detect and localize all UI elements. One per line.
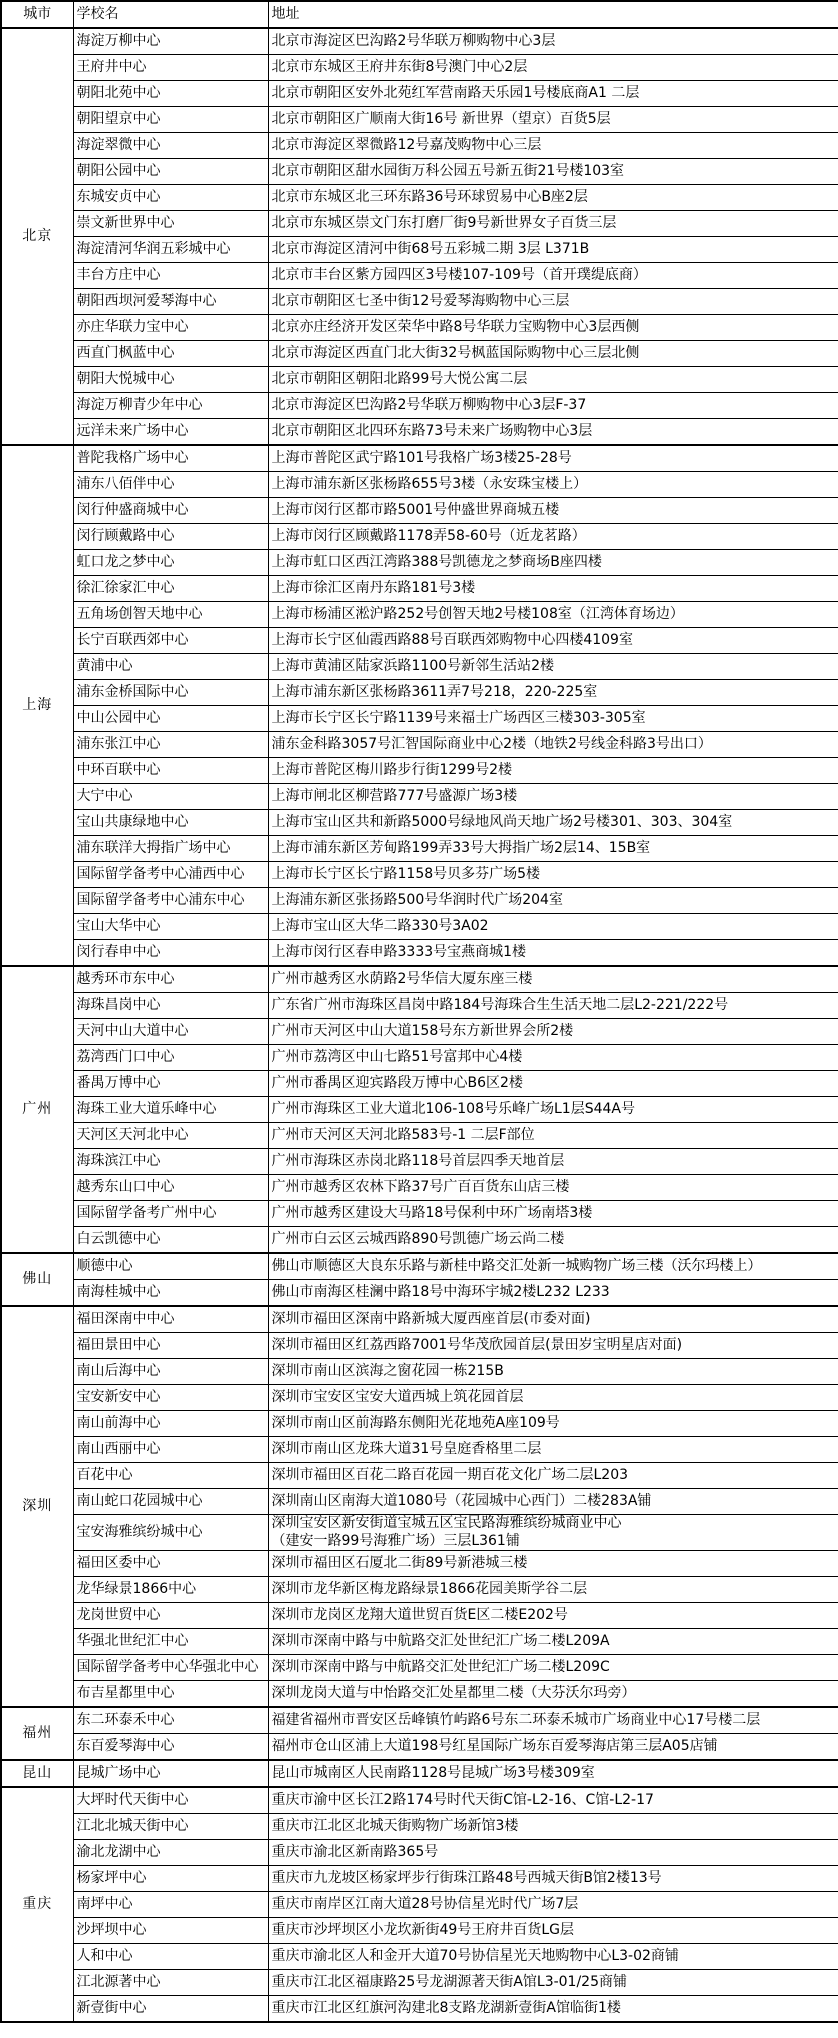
table-row: 虹口龙之梦中心上海市虹口区西江湾路388号凯德龙之梦商场B座四楼: [1, 550, 838, 576]
table-row: 天河中山大道中心广州市天河区中山大道158号东方新世界会所2楼: [1, 1019, 838, 1045]
school-address-cell: 重庆市南岸区江南大道28号协信星光时代广场7层: [268, 1892, 838, 1918]
school-name-cell: 海淀万柳中心: [73, 28, 268, 55]
school-address-cell: 广州市海珠区工业大道北106-108号乐峰广场L1层S44A号: [268, 1097, 838, 1123]
school-address-cell: 深圳市龙岗区龙翔大道世贸百货E区二楼E202号: [268, 1603, 838, 1629]
school-address-cell: 深圳宝安区新安街道宝城五区宝民路海雅缤纷城商业中心 （建安一路99号海雅广场）三…: [268, 1515, 838, 1551]
school-name-cell: 昆城广场中心: [73, 1760, 268, 1787]
city-cell: 北京: [1, 28, 73, 445]
table-row: 国际留学备考广州中心广州市越秀区建设大马路18号保利中环广场南塔3楼: [1, 1201, 838, 1227]
school-address-cell: 广州市白云区云城西路890号凯德广场云尚二楼: [268, 1227, 838, 1254]
school-name-cell: 浦东张江中心: [73, 732, 268, 758]
table-row: 海淀万柳青少年中心北京市海淀区巴沟路2号华联万柳购物中心3层F-37: [1, 393, 838, 419]
school-address-cell: 北京市海淀区巴沟路2号华联万柳购物中心3层F-37: [268, 393, 838, 419]
school-address-cell: 广州市天河区天河北路583号-1 二层F部位: [268, 1123, 838, 1149]
school-name-cell: 浦东金桥国际中心: [73, 680, 268, 706]
school-name-cell: 长宁百联西郊中心: [73, 628, 268, 654]
table-row: 广州越秀环市东中心广州市越秀区水荫路2号华信大厦东座三楼: [1, 966, 838, 993]
table-row: 沙坪坝中心重庆市沙坪坝区小龙坎新街49号王府井百货LG层: [1, 1918, 838, 1944]
school-name-cell: 南山后海中心: [73, 1359, 268, 1385]
school-address-cell: 深圳市福田区红荔西路7001号华茂欣园首层(景田岁宝明星店对面): [268, 1333, 838, 1359]
school-name-cell: 越秀环市东中心: [73, 966, 268, 993]
school-name-cell: 亦庄华联力宝中心: [73, 315, 268, 341]
table-row: 南坪中心重庆市南岸区江南大道28号协信星光时代广场7层: [1, 1892, 838, 1918]
table-row: 华强北世纪汇中心深圳市深南中路与中航路交汇处世纪汇广场二楼L209A: [1, 1629, 838, 1655]
school-address-cell: 深圳市福田区石厦北二街89号新港城三楼: [268, 1551, 838, 1577]
school-name-cell: 朝阳望京中心: [73, 107, 268, 133]
school-name-cell: 天河区天河北中心: [73, 1123, 268, 1149]
table-row: 重庆大坪时代天街中心重庆市渝中区长江2路174号时代天街C馆-L2-16、C馆-…: [1, 1787, 838, 1814]
school-address-cell: 上海市普陀区梅川路步行街1299号2楼: [268, 758, 838, 784]
school-address-cell: 北京市朝阳区七圣中街12号爱琴海购物中心三层: [268, 289, 838, 315]
school-address-cell: 北京市海淀区巴沟路2号华联万柳购物中心3层: [268, 28, 838, 55]
school-address-cell: 深圳市深南中路与中航路交汇处世纪汇广场二楼L209A: [268, 1629, 838, 1655]
school-address-cell: 上海市闵行区顾戴路1178弄58-60号（近龙茗路）: [268, 524, 838, 550]
header-school-name: 学校名: [73, 1, 268, 28]
table-row: 北京海淀万柳中心北京市海淀区巴沟路2号华联万柳购物中心3层: [1, 28, 838, 55]
school-name-cell: 闵行顾戴路中心: [73, 524, 268, 550]
table-row: 南海桂城中心佛山市南海区桂澜中路18号中海环宇城2楼L232 L233: [1, 1280, 838, 1307]
school-address-cell: 北京市东城区北三环东路36号环球贸易中心B座2层: [268, 185, 838, 211]
school-name-cell: 福田区委中心: [73, 1551, 268, 1577]
table-row: 国际留学备考中心浦东中心上海浦东新区张扬路500号华润时代广场204室: [1, 888, 838, 914]
school-name-cell: 新壹街中心: [73, 1996, 268, 2023]
school-address-cell: 北京市东城区崇文门东打磨厂街9号新世界女子百货三层: [268, 211, 838, 237]
school-address-cell: 广州市海珠区赤岗北路118号首层四季天地首层: [268, 1149, 838, 1175]
table-row: 南山后海中心深圳市南山区滨海之窗花园一栋215B: [1, 1359, 838, 1385]
school-name-cell: 海淀万柳青少年中心: [73, 393, 268, 419]
school-name-cell: 海珠昌岗中心: [73, 993, 268, 1019]
table-row: 海珠滨江中心广州市海珠区赤岗北路118号首层四季天地首层: [1, 1149, 838, 1175]
school-address-cell: 上海市浦东新区张杨路3611弄7号218，220-225室: [268, 680, 838, 706]
school-address-cell: 广州市越秀区水荫路2号华信大厦东座三楼: [268, 966, 838, 993]
table-row: 海淀翠微中心北京市海淀区翠微路12号嘉茂购物中心三层: [1, 133, 838, 159]
school-address-cell: 深圳市宝安区宝安大道西城上筑花园首层: [268, 1385, 838, 1411]
school-address-cell: 上海市普陀区武宁路101号我格广场3楼25-28号: [268, 445, 838, 472]
city-cell: 深圳: [1, 1306, 73, 1707]
school-name-cell: 东城安贞中心: [73, 185, 268, 211]
school-name-cell: 龙华绿景1866中心: [73, 1577, 268, 1603]
table-row: 龙华绿景1866中心深圳市龙华新区梅龙路绿景1866花园美斯学谷二层: [1, 1577, 838, 1603]
school-address-cell: 广州市荔湾区中山七路51号富邦中心4楼: [268, 1045, 838, 1071]
table-row: 白云凯德中心广州市白云区云城西路890号凯德广场云尚二楼: [1, 1227, 838, 1254]
school-address-cell: 广州市越秀区建设大马路18号保利中环广场南塔3楼: [268, 1201, 838, 1227]
school-name-cell: 大坪时代天街中心: [73, 1787, 268, 1814]
school-address-cell: 北京市朝阳区北四环东路73号未来广场购物中心3层: [268, 419, 838, 446]
school-address-cell: 重庆市九龙坡区杨家坪步行街珠江路48号西城天街B馆2楼13号: [268, 1866, 838, 1892]
school-name-cell: 沙坪坝中心: [73, 1918, 268, 1944]
table-row: 徐汇徐家汇中心上海市徐汇区南丹东路181号3楼: [1, 576, 838, 602]
school-name-cell: 番禺万博中心: [73, 1071, 268, 1097]
school-address-cell: 上海市长宁区长宁路1139号来福士广场西区三楼303-305室: [268, 706, 838, 732]
school-address-cell: 深圳市南山区滨海之窗花园一栋215B: [268, 1359, 838, 1385]
city-cell: 重庆: [1, 1787, 73, 2022]
table-row: 龙岗世贸中心深圳市龙岗区龙翔大道世贸百货E区二楼E202号: [1, 1603, 838, 1629]
table-row: 朝阳西坝河爱琴海中心北京市朝阳区七圣中街12号爱琴海购物中心三层: [1, 289, 838, 315]
table-row: 昆山昆城广场中心昆山市城南区人民南路1128号昆城广场3号楼309室: [1, 1760, 838, 1787]
city-cell: 昆山: [1, 1760, 73, 1787]
table-row: 远洋未来广场中心北京市朝阳区北四环东路73号未来广场购物中心3层: [1, 419, 838, 446]
school-address-cell: 重庆市江北区福康路25号龙湖源著天街A馆L3-01/25商铺: [268, 1970, 838, 1996]
school-address-cell: 上海市长宁区长宁路1158号贝多芬广场5楼: [268, 862, 838, 888]
school-name-cell: 国际留学备考广州中心: [73, 1201, 268, 1227]
school-name-cell: 南山蛇口花园城中心: [73, 1489, 268, 1515]
table-row: 新壹街中心重庆市江北区红旗河沟建北8支路龙湖新壹街A馆临街1楼: [1, 1996, 838, 2023]
school-address-cell: 重庆市渝中区长江2路174号时代天街C馆-L2-16、C馆-L2-17: [268, 1787, 838, 1814]
school-address-cell: 上海市杨浦区淞沪路252号创智天地2号楼108室（江湾体育场边）: [268, 602, 838, 628]
school-address-cell: 上海市黄浦区陆家浜路1100号新邻生活站2楼: [268, 654, 838, 680]
school-name-cell: 江北北城天街中心: [73, 1814, 268, 1840]
school-address-cell: 重庆市渝北区新南路365号: [268, 1840, 838, 1866]
table-row: 宝安新安中心深圳市宝安区宝安大道西城上筑花园首层: [1, 1385, 838, 1411]
table-row: 闵行仲盛商城中心上海市闵行区都市路5001号仲盛世界商城五楼: [1, 498, 838, 524]
school-address-cell: 深圳市福田区深南中路新城大厦西座首层(市委对面): [268, 1306, 838, 1333]
school-name-cell: 南坪中心: [73, 1892, 268, 1918]
table-header: 城市 学校名 地址: [1, 1, 838, 28]
school-name-cell: 海珠滨江中心: [73, 1149, 268, 1175]
school-name-cell: 浦东八佰伴中心: [73, 472, 268, 498]
table-row: 东百爱琴海中心福州市仓山区浦上大道198号红星国际广场东百爱琴海店第三层A05店…: [1, 1734, 838, 1761]
school-address-cell: 深圳市龙华新区梅龙路绿景1866花园美斯学谷二层: [268, 1577, 838, 1603]
table-row: 天河区天河北中心广州市天河区天河北路583号-1 二层F部位: [1, 1123, 838, 1149]
school-name-cell: 五角场创智天地中心: [73, 602, 268, 628]
school-address-cell: 重庆市渝北区人和金开大道70号协信星光天地购物中心L3-02商铺: [268, 1944, 838, 1970]
table-body: 北京海淀万柳中心北京市海淀区巴沟路2号华联万柳购物中心3层王府井中心北京市东城区…: [1, 28, 838, 2022]
school-address-cell: 深圳市南山区前海路东侧阳光花地苑A座109号: [268, 1411, 838, 1437]
table-row: 丰台方庄中心北京市丰台区紫方园四区3号楼107-109号（首开璞缇底商）: [1, 263, 838, 289]
school-address-cell: 重庆市江北区北城天街购物广场新馆3楼: [268, 1814, 838, 1840]
school-address-cell: 北京市朝阳区广顺南大街16号 新世界（望京）百货5层: [268, 107, 838, 133]
table-row: 福州东二环泰禾中心福建省福州市晋安区岳峰镇竹屿路6号东二环泰禾城市广场商业中心1…: [1, 1707, 838, 1734]
school-name-cell: 闵行春申中心: [73, 940, 268, 967]
school-address-cell: 广州市越秀区农林下路37号广百百货东山店三楼: [268, 1175, 838, 1201]
school-address-cell: 浦东金科路3057号汇智国际商业中心2楼（地铁2号线金科路3号出口）: [268, 732, 838, 758]
school-address-cell: 重庆市沙坪坝区小龙坎新街49号王府井百货LG层: [268, 1918, 838, 1944]
table-row: 布吉星都里中心深圳龙岗大道与中怡路交汇处星都里二楼（大芬沃尔玛旁）: [1, 1681, 838, 1708]
school-address-cell: 上海市长宁区仙霞西路88号百联西郊购物中心四楼4109室: [268, 628, 838, 654]
school-name-cell: 宝山大华中心: [73, 914, 268, 940]
school-address-cell: 重庆市江北区红旗河沟建北8支路龙湖新壹街A馆临街1楼: [268, 1996, 838, 2023]
school-name-cell: 国际留学备考中心浦西中心: [73, 862, 268, 888]
table-row: 上海普陀我格广场中心上海市普陀区武宁路101号我格广场3楼25-28号: [1, 445, 838, 472]
school-address-cell: 北京亦庄经济开发区荣华中路8号华联力宝购物中心3层西侧: [268, 315, 838, 341]
table-row: 崇文新世界中心北京市东城区崇文门东打磨厂街9号新世界女子百货三层: [1, 211, 838, 237]
table-row: 江北北城天街中心重庆市江北区北城天街购物广场新馆3楼: [1, 1814, 838, 1840]
school-name-cell: 朝阳北苑中心: [73, 81, 268, 107]
school-name-cell: 福田深南中中心: [73, 1306, 268, 1333]
table-row: 国际留学备考中心华强北中心深圳市深南中路与中航路交汇处世纪汇广场二楼L209C: [1, 1655, 838, 1681]
table-row: 渝北龙湖中心重庆市渝北区新南路365号: [1, 1840, 838, 1866]
table-row: 深圳福田深南中中心深圳市福田区深南中路新城大厦西座首层(市委对面): [1, 1306, 838, 1333]
school-name-cell: 徐汇徐家汇中心: [73, 576, 268, 602]
school-name-cell: 宝安海雅缤纷城中心: [73, 1515, 268, 1551]
table-row: 朝阳公园中心北京市朝阳区甜水园街万科公园五号新五街21号楼103室: [1, 159, 838, 185]
table-row: 宝山大华中心上海市宝山区大华二路330号3A02: [1, 914, 838, 940]
table-row: 番禺万博中心广州市番禺区迎宾路段万博中心B6区2楼: [1, 1071, 838, 1097]
school-name-cell: 荔湾西门口中心: [73, 1045, 268, 1071]
table-row: 浦东张江中心浦东金科路3057号汇智国际商业中心2楼（地铁2号线金科路3号出口）: [1, 732, 838, 758]
header-row: 城市 学校名 地址: [1, 1, 838, 28]
school-address-cell: 广州市天河区中山大道158号东方新世界会所2楼: [268, 1019, 838, 1045]
city-cell: 上海: [1, 445, 73, 966]
school-address-cell: 上海市闵行区春申路3333号宝燕商城1楼: [268, 940, 838, 967]
school-name-cell: 普陀我格广场中心: [73, 445, 268, 472]
school-name-cell: 宝安新安中心: [73, 1385, 268, 1411]
school-name-cell: 朝阳大悦城中心: [73, 367, 268, 393]
school-address-cell: 上海市浦东新区芳甸路199弄33号大拇指广场2层14、15B室: [268, 836, 838, 862]
school-locations-table: 城市 学校名 地址 北京海淀万柳中心北京市海淀区巴沟路2号华联万柳购物中心3层王…: [0, 0, 838, 2023]
school-address-cell: 深圳龙岗大道与中怡路交汇处星都里二楼（大芬沃尔玛旁）: [268, 1681, 838, 1708]
school-name-cell: 丰台方庄中心: [73, 263, 268, 289]
table-row: 南山西丽中心深圳市南山区龙珠大道31号皇庭香格里二层: [1, 1437, 838, 1463]
school-address-cell: 北京市海淀区清河中街68号五彩城二期 3层 L371B: [268, 237, 838, 263]
header-address: 地址: [268, 1, 838, 28]
table-row: 越秀东山口中心广州市越秀区农林下路37号广百百货东山店三楼: [1, 1175, 838, 1201]
city-cell: 广州: [1, 966, 73, 1253]
table-row: 朝阳北苑中心北京市朝阳区安外北苑红军营南路天乐园1号楼底商A1 二层: [1, 81, 838, 107]
table-row: 荔湾西门口中心广州市荔湾区中山七路51号富邦中心4楼: [1, 1045, 838, 1071]
city-cell: 佛山: [1, 1253, 73, 1306]
school-name-cell: 朝阳西坝河爱琴海中心: [73, 289, 268, 315]
school-name-cell: 顺德中心: [73, 1253, 268, 1280]
table-row: 宝安海雅缤纷城中心深圳宝安区新安街道宝城五区宝民路海雅缤纷城商业中心 （建安一路…: [1, 1515, 838, 1551]
table-row: 浦东八佰伴中心上海市浦东新区张杨路655号3楼（永安珠宝楼上）: [1, 472, 838, 498]
school-address-cell: 上海浦东新区张扬路500号华润时代广场204室: [268, 888, 838, 914]
school-address-cell: 北京市海淀区翠微路12号嘉茂购物中心三层: [268, 133, 838, 159]
table-row: 南山蛇口花园城中心深圳南山区南海大道1080号（花园城中心西门）二楼283A铺: [1, 1489, 838, 1515]
school-address-cell: 昆山市城南区人民南路1128号昆城广场3号楼309室: [268, 1760, 838, 1787]
school-name-cell: 西直门枫蓝中心: [73, 341, 268, 367]
school-address-cell: 佛山市顺德区大良东乐路与新桂中路交汇处新一城购物广场三楼（沃尔玛楼上）: [268, 1253, 838, 1280]
table-row: 浦东联洋大拇指广场中心上海市浦东新区芳甸路199弄33号大拇指广场2层14、15…: [1, 836, 838, 862]
table-row: 杨家坪中心重庆市九龙坡区杨家坪步行街珠江路48号西城天街B馆2楼13号: [1, 1866, 838, 1892]
table-row: 海淀清河华润五彩城中心北京市海淀区清河中街68号五彩城二期 3层 L371B: [1, 237, 838, 263]
school-address-cell: 广东省广州市海珠区昌岗中路184号海珠合生生活天地二层L2-221/222号: [268, 993, 838, 1019]
table-row: 人和中心重庆市渝北区人和金开大道70号协信星光天地购物中心L3-02商铺: [1, 1944, 838, 1970]
school-name-cell: 渝北龙湖中心: [73, 1840, 268, 1866]
school-name-cell: 浦东联洋大拇指广场中心: [73, 836, 268, 862]
school-address-cell: 上海市闸北区柳营路777号盛源广场3楼: [268, 784, 838, 810]
school-name-cell: 王府井中心: [73, 55, 268, 81]
table-row: 闵行春申中心上海市闵行区春申路3333号宝燕商城1楼: [1, 940, 838, 967]
table-row: 西直门枫蓝中心北京市海淀区西直门北大街32号枫蓝国际购物中心三层北侧: [1, 341, 838, 367]
school-name-cell: 中环百联中心: [73, 758, 268, 784]
school-address-cell: 深圳市深南中路与中航路交汇处世纪汇广场二楼L209C: [268, 1655, 838, 1681]
school-name-cell: 虹口龙之梦中心: [73, 550, 268, 576]
school-name-cell: 崇文新世界中心: [73, 211, 268, 237]
school-address-cell: 佛山市南海区桂澜中路18号中海环宇城2楼L232 L233: [268, 1280, 838, 1307]
school-name-cell: 天河中山大道中心: [73, 1019, 268, 1045]
table-row: 福田区委中心深圳市福田区石厦北二街89号新港城三楼: [1, 1551, 838, 1577]
school-name-cell: 南山前海中心: [73, 1411, 268, 1437]
school-name-cell: 龙岗世贸中心: [73, 1603, 268, 1629]
school-address-cell: 上海市虹口区西江湾路388号凯德龙之梦商场B座四楼: [268, 550, 838, 576]
table-row: 江北源著中心重庆市江北区福康路25号龙湖源著天街A馆L3-01/25商铺: [1, 1970, 838, 1996]
school-name-cell: 杨家坪中心: [73, 1866, 268, 1892]
school-name-cell: 闵行仲盛商城中心: [73, 498, 268, 524]
table-row: 亦庄华联力宝中心北京亦庄经济开发区荣华中路8号华联力宝购物中心3层西侧: [1, 315, 838, 341]
school-address-cell: 广州市番禺区迎宾路段万博中心B6区2楼: [268, 1071, 838, 1097]
school-locations-page: 城市 学校名 地址 北京海淀万柳中心北京市海淀区巴沟路2号华联万柳购物中心3层王…: [0, 0, 838, 2023]
table-row: 海珠昌岗中心广东省广州市海珠区昌岗中路184号海珠合生生活天地二层L2-221/…: [1, 993, 838, 1019]
school-name-cell: 东百爱琴海中心: [73, 1734, 268, 1761]
school-address-cell: 北京市海淀区西直门北大街32号枫蓝国际购物中心三层北侧: [268, 341, 838, 367]
school-name-cell: 东二环泰禾中心: [73, 1707, 268, 1734]
school-name-cell: 江北源著中心: [73, 1970, 268, 1996]
school-address-cell: 上海市徐汇区南丹东路181号3楼: [268, 576, 838, 602]
school-name-cell: 越秀东山口中心: [73, 1175, 268, 1201]
school-address-cell: 上海市浦东新区张杨路655号3楼（永安珠宝楼上）: [268, 472, 838, 498]
school-address-cell: 北京市朝阳区甜水园街万科公园五号新五街21号楼103室: [268, 159, 838, 185]
school-address-cell: 福建省福州市晋安区岳峰镇竹屿路6号东二环泰禾城市广场商业中心17号楼二层: [268, 1707, 838, 1734]
school-name-cell: 华强北世纪汇中心: [73, 1629, 268, 1655]
school-address-cell: 上海市闵行区都市路5001号仲盛世界商城五楼: [268, 498, 838, 524]
header-city: 城市: [1, 1, 73, 28]
school-address-cell: 北京市东城区王府井东街8号澳门中心2层: [268, 55, 838, 81]
school-name-cell: 南海桂城中心: [73, 1280, 268, 1307]
school-name-cell: 布吉星都里中心: [73, 1681, 268, 1708]
table-row: 南山前海中心深圳市南山区前海路东侧阳光花地苑A座109号: [1, 1411, 838, 1437]
table-row: 国际留学备考中心浦西中心上海市长宁区长宁路1158号贝多芬广场5楼: [1, 862, 838, 888]
table-row: 宝山共康绿地中心上海市宝山区共和新路5000号绿地风尚天地广场2号楼301、30…: [1, 810, 838, 836]
school-name-cell: 黄浦中心: [73, 654, 268, 680]
school-name-cell: 福田景田中心: [73, 1333, 268, 1359]
table-row: 五角场创智天地中心上海市杨浦区淞沪路252号创智天地2号楼108室（江湾体育场边…: [1, 602, 838, 628]
table-row: 百花中心深圳市福田区百花二路百花园一期百花文化广场二层L203: [1, 1463, 838, 1489]
school-name-cell: 中山公园中心: [73, 706, 268, 732]
table-row: 中环百联中心上海市普陀区梅川路步行街1299号2楼: [1, 758, 838, 784]
school-address-cell: 北京市朝阳区朝阳北路99号大悦公寓二层: [268, 367, 838, 393]
school-name-cell: 百花中心: [73, 1463, 268, 1489]
table-row: 黄浦中心上海市黄浦区陆家浜路1100号新邻生活站2楼: [1, 654, 838, 680]
school-name-cell: 海淀清河华润五彩城中心: [73, 237, 268, 263]
table-row: 王府井中心北京市东城区王府井东街8号澳门中心2层: [1, 55, 838, 81]
table-row: 朝阳望京中心北京市朝阳区广顺南大街16号 新世界（望京）百货5层: [1, 107, 838, 133]
school-address-cell: 北京市丰台区紫方园四区3号楼107-109号（首开璞缇底商）: [268, 263, 838, 289]
school-name-cell: 人和中心: [73, 1944, 268, 1970]
school-address-cell: 福州市仓山区浦上大道198号红星国际广场东百爱琴海店第三层A05店铺: [268, 1734, 838, 1761]
table-row: 福田景田中心深圳市福田区红荔西路7001号华茂欣园首层(景田岁宝明星店对面): [1, 1333, 838, 1359]
school-name-cell: 白云凯德中心: [73, 1227, 268, 1254]
school-name-cell: 宝山共康绿地中心: [73, 810, 268, 836]
school-name-cell: 南山西丽中心: [73, 1437, 268, 1463]
school-address-cell: 深圳市南山区龙珠大道31号皇庭香格里二层: [268, 1437, 838, 1463]
table-row: 佛山顺德中心佛山市顺德区大良东乐路与新桂中路交汇处新一城购物广场三楼（沃尔玛楼上…: [1, 1253, 838, 1280]
table-row: 闵行顾戴路中心上海市闵行区顾戴路1178弄58-60号（近龙茗路）: [1, 524, 838, 550]
school-name-cell: 海珠工业大道乐峰中心: [73, 1097, 268, 1123]
table-row: 长宁百联西郊中心上海市长宁区仙霞西路88号百联西郊购物中心四楼4109室: [1, 628, 838, 654]
school-name-cell: 国际留学备考中心华强北中心: [73, 1655, 268, 1681]
city-cell: 福州: [1, 1707, 73, 1760]
table-row: 中山公园中心上海市长宁区长宁路1139号来福士广场西区三楼303-305室: [1, 706, 838, 732]
table-row: 海珠工业大道乐峰中心广州市海珠区工业大道北106-108号乐峰广场L1层S44A…: [1, 1097, 838, 1123]
table-row: 朝阳大悦城中心北京市朝阳区朝阳北路99号大悦公寓二层: [1, 367, 838, 393]
school-address-cell: 北京市朝阳区安外北苑红军营南路天乐园1号楼底商A1 二层: [268, 81, 838, 107]
school-name-cell: 国际留学备考中心浦东中心: [73, 888, 268, 914]
school-name-cell: 远洋未来广场中心: [73, 419, 268, 446]
school-name-cell: 海淀翠微中心: [73, 133, 268, 159]
school-address-cell: 上海市宝山区大华二路330号3A02: [268, 914, 838, 940]
table-row: 浦东金桥国际中心上海市浦东新区张杨路3611弄7号218，220-225室: [1, 680, 838, 706]
school-address-cell: 上海市宝山区共和新路5000号绿地风尚天地广场2号楼301、303、304室: [268, 810, 838, 836]
school-address-cell: 深圳市福田区百花二路百花园一期百花文化广场二层L203: [268, 1463, 838, 1489]
table-row: 大宁中心上海市闸北区柳营路777号盛源广场3楼: [1, 784, 838, 810]
school-name-cell: 大宁中心: [73, 784, 268, 810]
school-name-cell: 朝阳公园中心: [73, 159, 268, 185]
school-address-cell: 深圳南山区南海大道1080号（花园城中心西门）二楼283A铺: [268, 1489, 838, 1515]
table-row: 东城安贞中心北京市东城区北三环东路36号环球贸易中心B座2层: [1, 185, 838, 211]
